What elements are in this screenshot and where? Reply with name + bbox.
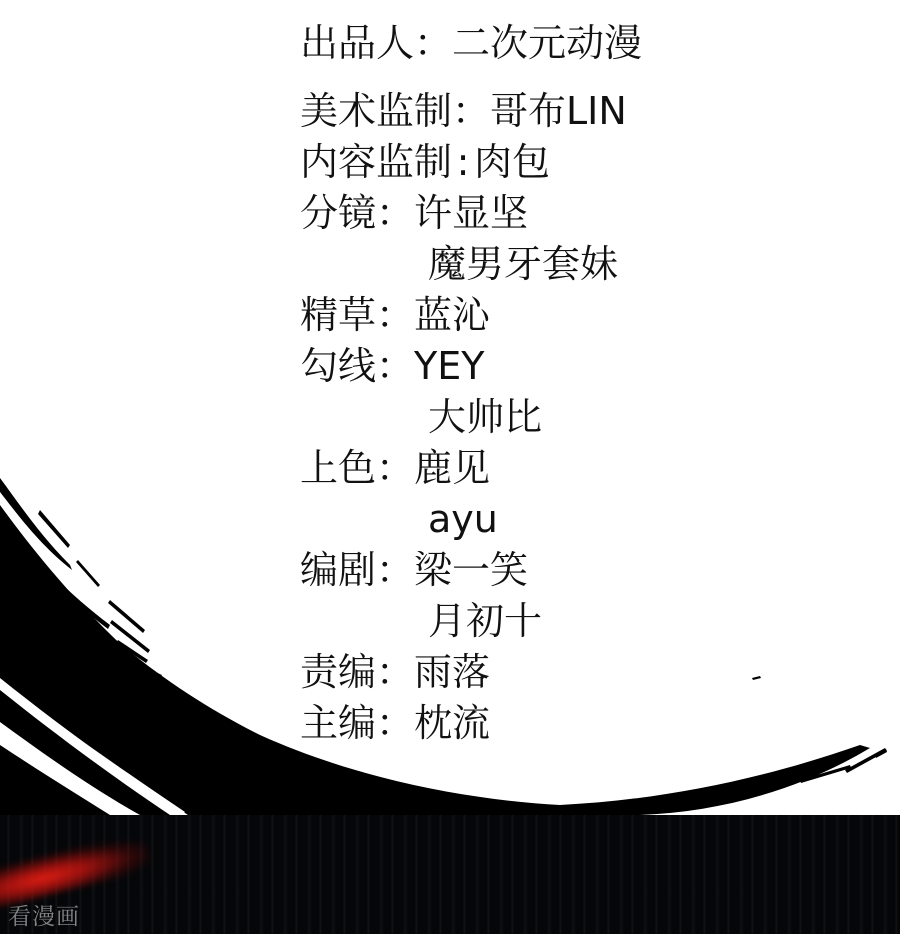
credit-producer: 出品人 ： 二次元动漫 <box>300 18 642 69</box>
credit-label: 美术监制 <box>300 86 452 137</box>
credit-line-art-cont: 大帅比 <box>300 392 642 443</box>
credit-value: 魔男牙套妹 <box>428 239 618 290</box>
credit-content-supervisor: 内容监制 : 肉包 <box>300 137 642 188</box>
credits-list: 出品人 ： 二次元动漫 美术监制 ： 哥布LIN 内容监制 : 肉包 分镜 ： … <box>300 18 642 749</box>
credit-label: 出品人 <box>300 18 414 69</box>
credit-storyboard-cont: 魔男牙套妹 <box>300 239 642 290</box>
credit-colon: ： <box>414 18 452 69</box>
credit-label: 主编 <box>300 698 376 749</box>
credit-value: 哥布LIN <box>490 86 627 137</box>
credit-value: 二次元动漫 <box>452 18 642 69</box>
credit-value: 雨落 <box>414 647 490 698</box>
credit-colon: ： <box>376 698 414 749</box>
credit-value: 蓝沁 <box>414 290 490 341</box>
credit-value: 月初十 <box>428 596 542 647</box>
credit-label: 分镜 <box>300 188 376 239</box>
credit-coloring: 上色 ： 鹿见 <box>300 443 642 494</box>
credit-label: 勾线 <box>300 341 376 392</box>
credit-label: 上色 <box>300 443 376 494</box>
credit-value: YEY <box>414 341 484 392</box>
credit-colon: ： <box>376 341 414 392</box>
credit-rough-draft: 精草 ： 蓝沁 <box>300 290 642 341</box>
credit-value: 许显坚 <box>414 188 528 239</box>
credit-screenplay-cont: 月初十 <box>300 596 642 647</box>
credit-value: ayu <box>428 494 498 545</box>
credit-label: 编剧 <box>300 545 376 596</box>
credit-value: 梁一笑 <box>414 545 528 596</box>
credit-responsible-editor: 责编 ： 雨落 <box>300 647 642 698</box>
credit-art-supervisor: 美术监制 ： 哥布LIN <box>300 86 642 137</box>
credit-colon: ： <box>452 86 490 137</box>
credit-colon: ： <box>376 647 414 698</box>
credit-screenplay: 编剧 ： 梁一笑 <box>300 545 642 596</box>
credit-value: 大帅比 <box>428 392 542 443</box>
credit-colon: ： <box>376 443 414 494</box>
credit-colon: ： <box>376 290 414 341</box>
credit-colon: : <box>452 137 474 188</box>
comic-credits-page: 看漫画 出品人 ： 二次元动漫 美术监制 ： 哥布LIN 内容监制 : 肉包 分… <box>0 0 900 934</box>
credit-colon: ： <box>376 545 414 596</box>
credit-line-art: 勾线 ： YEY <box>300 341 642 392</box>
credit-value: 枕流 <box>414 698 490 749</box>
credit-storyboard: 分镜 ： 许显坚 <box>300 188 642 239</box>
credit-value: 肉包 <box>474 137 550 188</box>
credit-label: 责编 <box>300 647 376 698</box>
credit-value: 鹿见 <box>414 443 490 494</box>
credit-coloring-cont: ayu <box>300 494 642 545</box>
credit-label: 精草 <box>300 290 376 341</box>
credit-chief-editor: 主编 ： 枕流 <box>300 698 642 749</box>
watermark-text: 看漫画 <box>8 898 80 931</box>
credit-colon: ： <box>376 188 414 239</box>
credit-label: 内容监制 <box>300 137 452 188</box>
